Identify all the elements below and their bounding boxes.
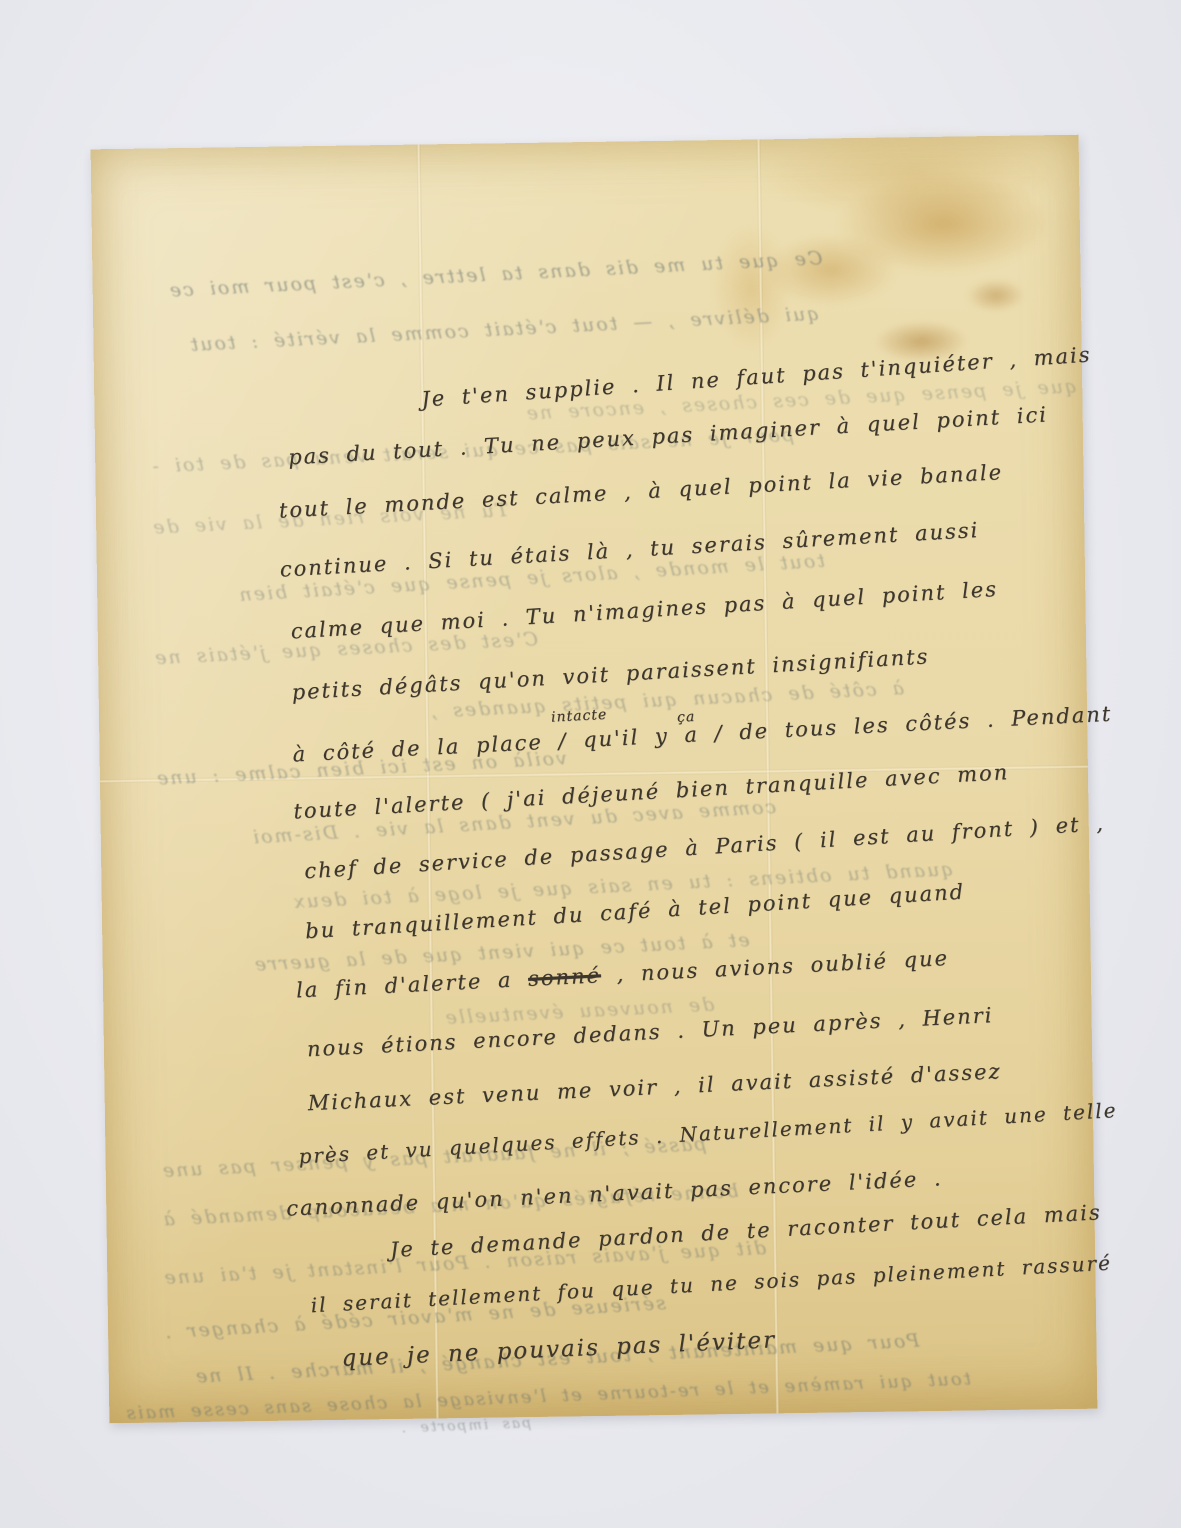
handwritten-line-3: tout le monde est calme , à quel point l…	[278, 460, 1003, 523]
handwritten-line-15: canonnade qu'on n'en n'avait pas encore …	[286, 1166, 943, 1220]
bleedthrough-line: Ce que tu me dis dans ta lettre , c'est …	[167, 247, 823, 302]
handwritten-line-7: à côté de la place / qu'il y a / de tous…	[292, 702, 1113, 767]
struck-word: sonné	[527, 963, 601, 991]
inserted-word-intacte: intacte	[551, 707, 608, 726]
letter-paper: Ce que tu me dis dans ta lettre , c'est …	[91, 135, 1098, 1424]
line-11-pre: la fin d'alerte a	[296, 967, 529, 1003]
bleedthrough-line: qui délivre , — tout c'était comme la vé…	[188, 303, 820, 356]
handwritten-line-13: Michaux est venu me voir , il avait assi…	[307, 1059, 1002, 1115]
